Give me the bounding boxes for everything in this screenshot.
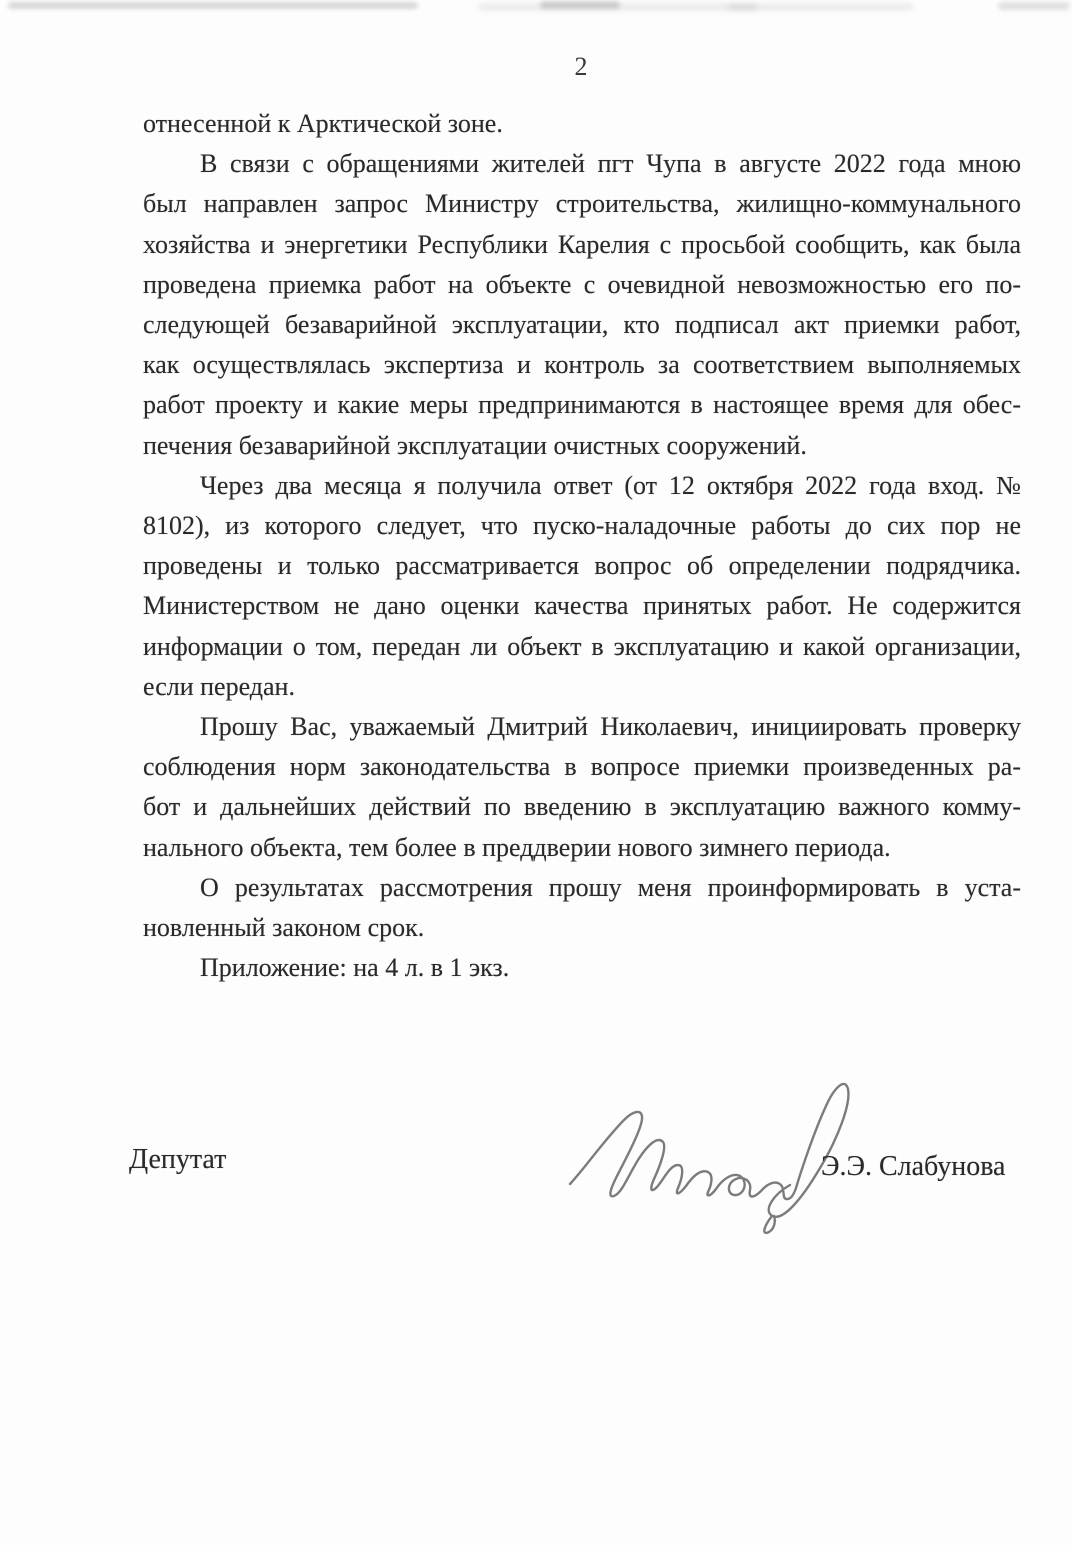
document-page: 2 отнесенной к Арктической зоне.В связи … bbox=[0, 0, 1072, 1545]
text-line: хозяйства и энергетики Республики Карели… bbox=[143, 225, 1021, 265]
text-line: Прошу Вас, уважаемый Дмитрий Николаевич,… bbox=[143, 707, 1021, 747]
text-line: нального объекта, тем более в преддверии… bbox=[143, 828, 1021, 868]
text-line: печения безаварийной эксплуатации очистн… bbox=[143, 426, 1021, 466]
text-line: был направлен запрос Министру строительс… bbox=[143, 184, 1021, 224]
page-number: 2 bbox=[142, 52, 1020, 82]
scan-smudge bbox=[8, 2, 418, 9]
text-line: проведена приемка работ на объекте с оче… bbox=[143, 265, 1021, 305]
text-line: следующей безаварийной эксплуатации, кто… bbox=[143, 305, 1021, 345]
text-line: проведены и только рассматривается вопро… bbox=[143, 546, 1021, 586]
text-line: работ проекту и какие меры предпринимают… bbox=[143, 385, 1021, 425]
text-line: информации о том, передан ли объект в эк… bbox=[143, 627, 1021, 667]
text-line: 8102), из которого следует, что пуско-на… bbox=[143, 506, 1021, 546]
text-line: Министерством не дано оценки качества пр… bbox=[143, 586, 1021, 626]
text-line: О результатах рассмотрения прошу меня пр… bbox=[143, 868, 1021, 908]
letter-body: отнесенной к Арктической зоне.В связи с … bbox=[143, 104, 1021, 988]
signatory-name: Э.Э. Слабунова bbox=[821, 1151, 1006, 1183]
text-line: Через два месяца я получила ответ (от 12… bbox=[143, 466, 1021, 506]
scan-smudge bbox=[478, 4, 758, 10]
text-line: Приложение: на 4 л. в 1 экз. bbox=[143, 948, 1021, 988]
signatory-position: Депутат bbox=[129, 1144, 226, 1176]
text-line: В связи с обращениями жителей пгт Чупа в… bbox=[143, 144, 1021, 184]
text-line: соблюдения норм законодательства в вопро… bbox=[143, 747, 1021, 787]
text-line: если передан. bbox=[143, 667, 1021, 707]
scan-smudge bbox=[728, 4, 913, 10]
text-line: как осуществлялась экспертиза и контроль… bbox=[143, 345, 1021, 385]
text-line: бот и дальнейших действий по введению в … bbox=[143, 787, 1021, 827]
text-line: отнесенной к Арктической зоне. bbox=[143, 104, 1021, 144]
text-line: новленный законом срок. bbox=[143, 908, 1021, 948]
scan-smudge bbox=[540, 1, 620, 9]
scan-smudge bbox=[998, 2, 1070, 10]
